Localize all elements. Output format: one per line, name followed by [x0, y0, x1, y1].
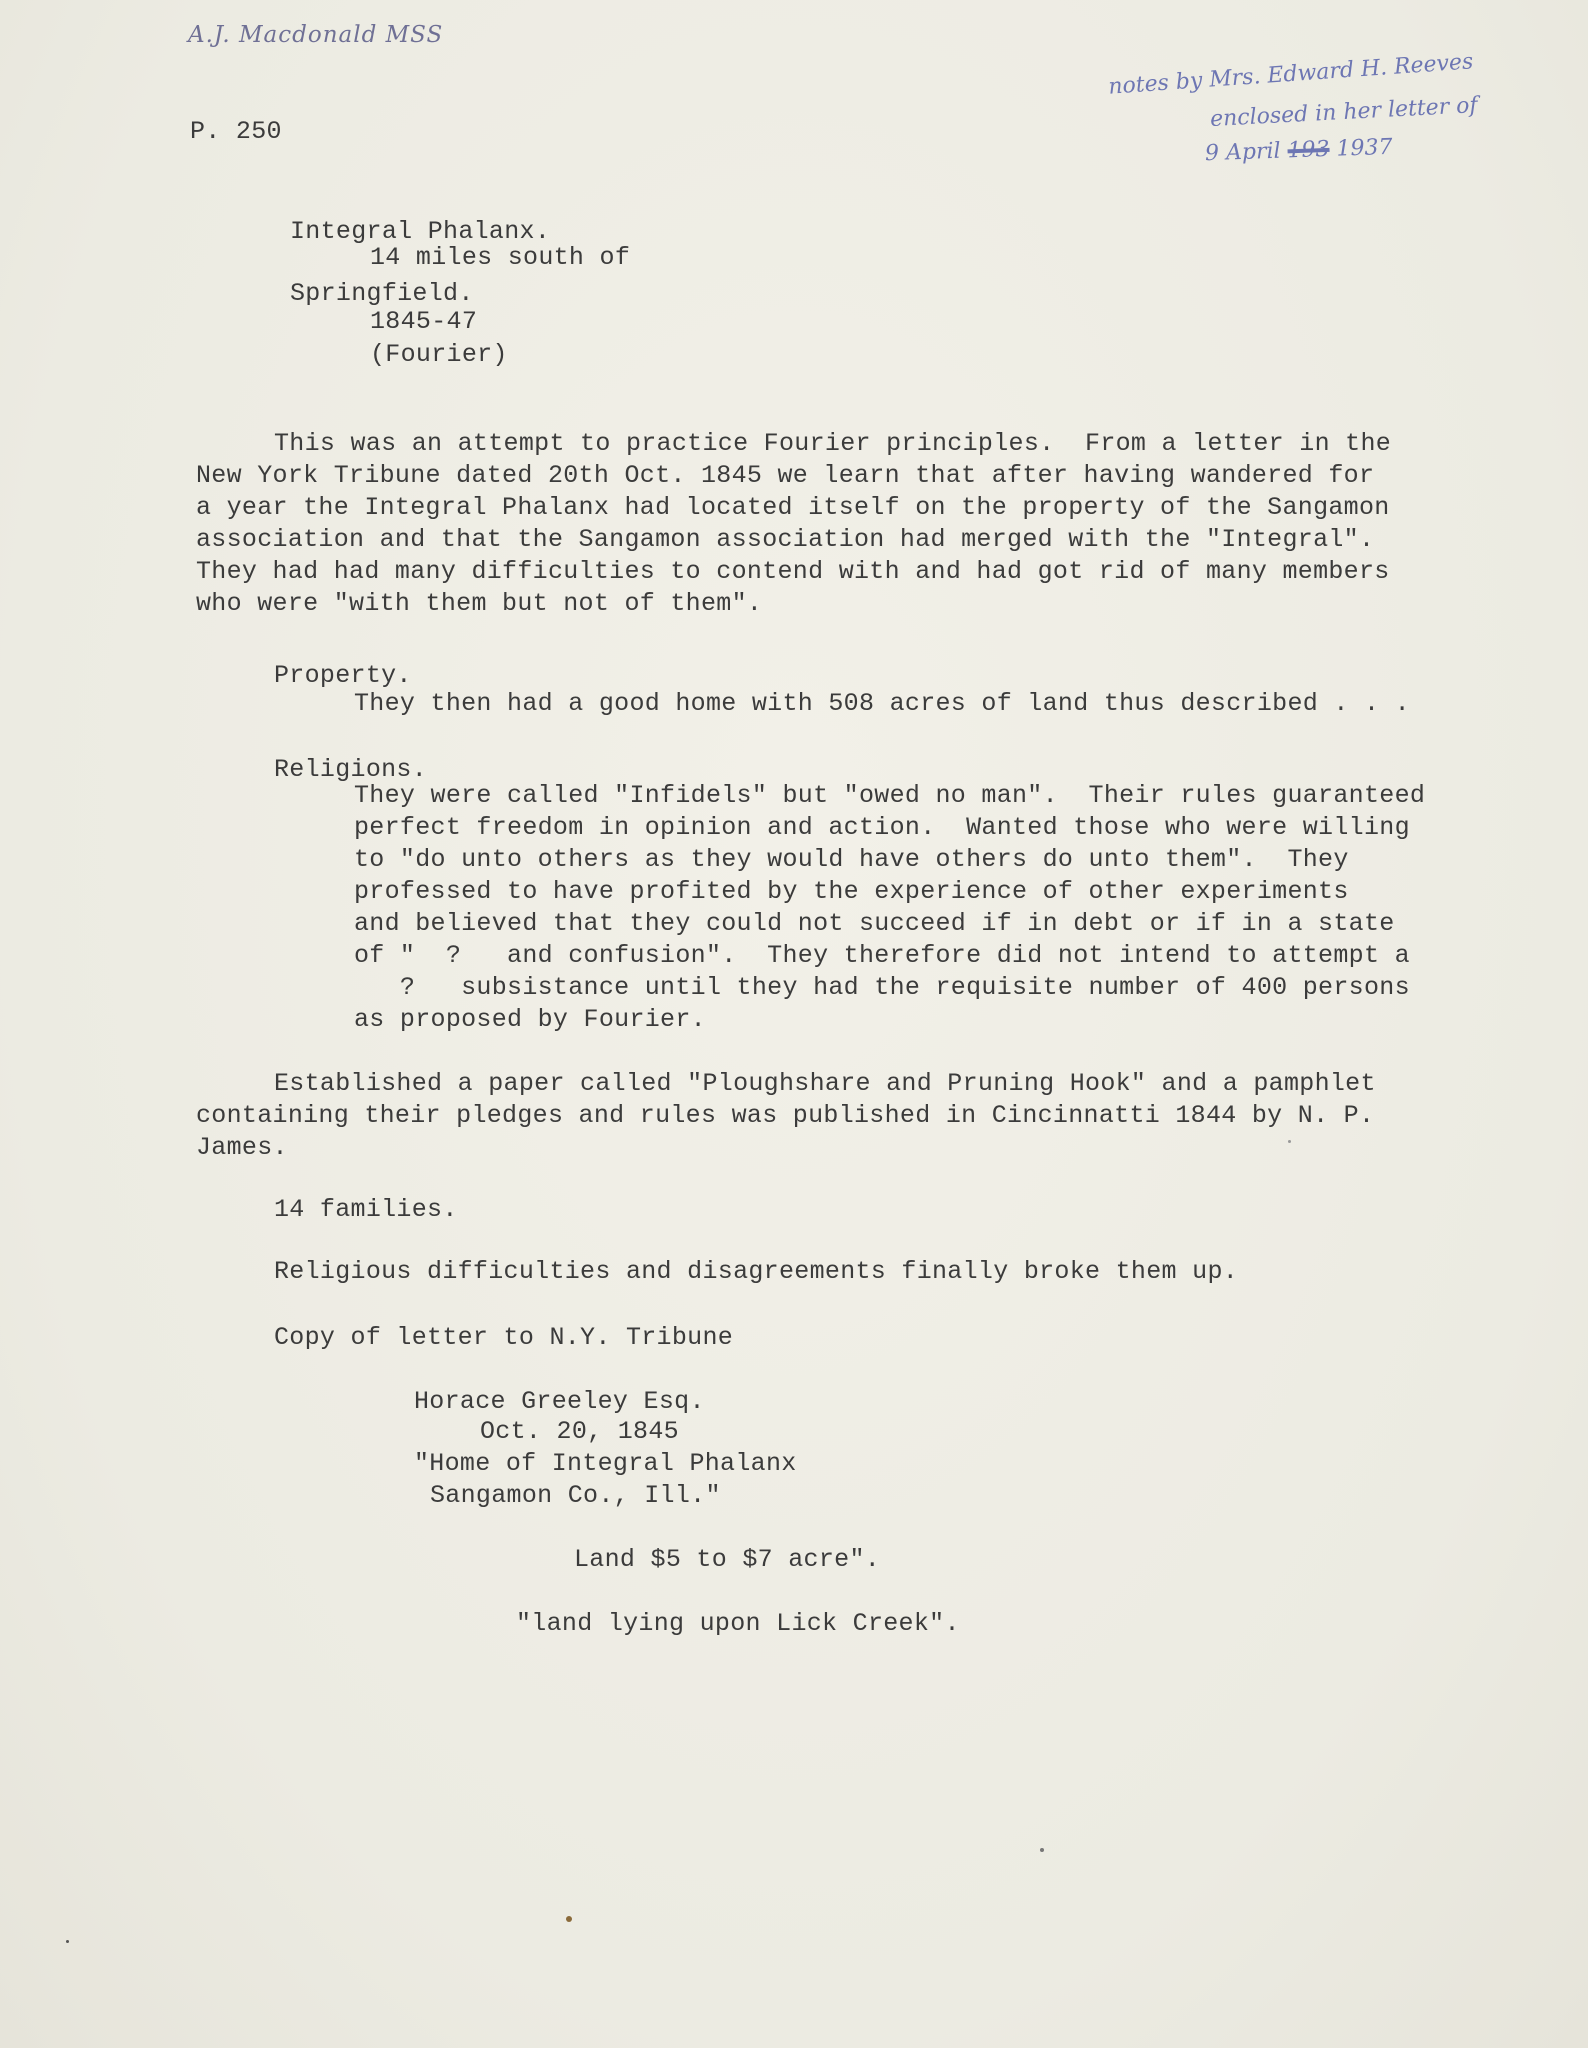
paragraph-line: and believed that they could not succeed… [354, 908, 1395, 940]
paragraph-line: James. [196, 1132, 288, 1164]
paper-speck [1040, 1848, 1044, 1852]
paragraph-line: who were "with them but not of them". [196, 588, 762, 620]
document-page: A.J. Macdonald MSS notes by Mrs. Edward … [0, 0, 1588, 2048]
paragraph-line: perfect freedom in opinion and action. W… [354, 812, 1410, 844]
heading-ideology: (Fourier) [370, 339, 508, 371]
paragraph-line: They were called "Infidels" but "owed no… [354, 780, 1425, 812]
breakup-line: Religious difficulties and disagreements… [274, 1256, 1238, 1288]
paragraph-line: containing their pledges and rules was p… [196, 1100, 1374, 1132]
note-date-text: 9 April [1205, 138, 1288, 166]
paragraph-line: to "do unto others as they would have ot… [354, 844, 1349, 876]
heading-location-1: 14 miles south of [370, 242, 630, 274]
letter-place-2: Sangamon Co., Ill." [430, 1480, 721, 1512]
paragraph-line: of " ? and confusion". They therefore di… [354, 940, 1410, 972]
families-line: 14 families. [274, 1194, 458, 1226]
letter-date: Oct. 20, 1845 [480, 1416, 679, 1448]
property-text: They then had a good home with 508 acres… [354, 688, 1410, 720]
paragraph-line: This was an attempt to practice Fourier … [274, 428, 1391, 460]
paragraph-line: as proposed by Fourier. [354, 1004, 706, 1036]
land-price: Land $5 to $7 acre". [574, 1544, 880, 1576]
handwritten-note-line-2: enclosed in her letter of [1210, 93, 1479, 132]
paragraph-line: Established a paper called "Ploughshare … [274, 1068, 1376, 1100]
paper-speck [1288, 1140, 1291, 1143]
collection-annotation: A.J. Macdonald MSS [188, 22, 443, 48]
paper-speck [566, 1916, 572, 1922]
letter-addressee: Horace Greeley Esq. [414, 1386, 705, 1418]
paragraph-line: They had had many difficulties to conten… [196, 556, 1390, 588]
land-location: "land lying upon Lick Creek". [516, 1608, 960, 1640]
letter-intro: Copy of letter to N.Y. Tribune [274, 1322, 733, 1354]
paragraph-line: association and that the Sangamon associ… [196, 524, 1374, 556]
letter-place-1: "Home of Integral Phalanx [414, 1448, 797, 1480]
paragraph-line: a year the Integral Phalanx had located … [196, 492, 1390, 524]
paper-speck [66, 1940, 69, 1943]
heading-dates: 1845-47 [370, 306, 477, 338]
handwritten-note-line-1: notes by Mrs. Edward H. Reeves [1108, 49, 1474, 99]
paragraph-line: New York Tribune dated 20th Oct. 1845 we… [196, 460, 1374, 492]
page-reference: P. 250 [190, 116, 282, 148]
struck-out-text: 193 [1287, 137, 1330, 163]
paragraph-line: professed to have profited by the experi… [354, 876, 1349, 908]
note-year-text: 1937 [1329, 135, 1393, 162]
paragraph-line: ? subsistance until they had the requisi… [354, 972, 1410, 1004]
handwritten-note-line-3: 9 April 193 1937 [1205, 135, 1393, 167]
